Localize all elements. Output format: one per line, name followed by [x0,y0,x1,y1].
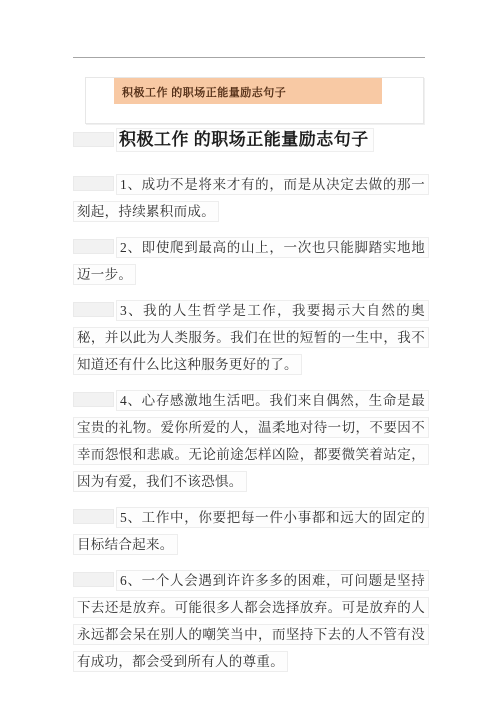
paragraph: 1、成功不是将来才有的，而是从决定去做的那一刻起，持续累积而成。 [73,171,429,225]
paragraph: 2、即使爬到最高的山上，一次也只能脚踏实地地迈一步。 [73,234,429,288]
document-content: 积极工作 的职场正能量励志句子 1、成功不是将来才有的，而是从决定去做的那一刻起… [73,128,429,684]
paragraph: 3、我的人生哲学是工作，我要揭示大自然的奥秘，并以此为人类服务。我们在世的短暂的… [73,297,429,378]
paragraph-list: 1、成功不是将来才有的，而是从决定去做的那一刻起，持续累积而成。2、即使爬到最高… [73,171,429,675]
paragraph-text: 6、一个人会遇到许许多多的困难，可问题是坚持下去还是放弃。可能很多人都会选择放弃… [73,570,429,672]
page-title-text: 积极工作 的职场正能量励志句子 [116,128,374,152]
highlight-bar-text: 积极工作 的职场正能量励志句子 [122,87,286,99]
paragraph-indent-placeholder [73,509,114,524]
paragraph: 5、工作中，你要把每一件小事都和远大的固定的目标结合起来。 [73,504,429,558]
paragraph-text: 3、我的人生哲学是工作，我要揭示大自然的奥秘，并以此为人类服务。我们在世的短暂的… [73,300,429,375]
paragraph-indent-placeholder [73,239,114,254]
title-indent-placeholder [73,132,114,147]
paragraph-indent-placeholder [73,176,114,191]
paragraph-text: 5、工作中，你要把每一件小事都和远大的固定的目标结合起来。 [73,507,429,555]
paragraph-indent-placeholder [73,392,114,407]
paragraph-text: 2、即使爬到最高的山上，一次也只能脚踏实地地迈一步。 [73,237,429,285]
paragraph-text: 4、心存感激地生活吧。我们来自偶然，生命是最宝贵的礼物。爱你所爱的人，温柔地对待… [73,390,429,492]
paragraph-indent-placeholder [73,302,114,317]
top-divider-line [73,57,425,58]
title-highlight-bar: 积极工作 的职场正能量励志句子 [114,78,382,104]
header-box: 积极工作 的职场正能量励志句子 [85,77,424,124]
paragraph-indent-placeholder [73,572,114,587]
paragraph-text: 1、成功不是将来才有的，而是从决定去做的那一刻起，持续累积而成。 [73,174,429,222]
document-page: 积极工作 的职场正能量励志句子 积极工作 的职场正能量励志句子 1、成功不是将来… [0,0,500,707]
paragraph: 4、心存感激地生活吧。我们来自偶然，生命是最宝贵的礼物。爱你所爱的人，温柔地对待… [73,387,429,495]
paragraph: 6、一个人会遇到许许多多的困难，可问题是坚持下去还是放弃。可能很多人都会选择放弃… [73,567,429,675]
page-title: 积极工作 的职场正能量励志句子 [73,128,429,152]
